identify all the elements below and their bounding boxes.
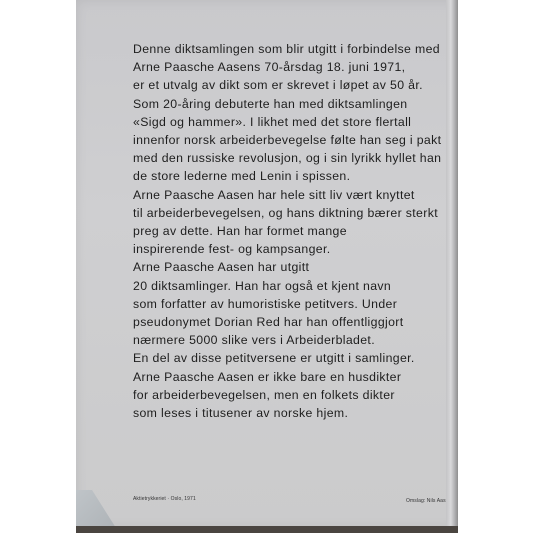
cover-credit: Omslag: Nils Aas <box>406 498 446 504</box>
text-line: Arne Paasche Aasen har hele sitt liv vær… <box>133 186 453 204</box>
printer-imprint: Aktietrykkeriet · Oslo, 1971 <box>133 496 196 502</box>
blurb-text: Denne diktsamlingen som blir utgitt i fo… <box>133 40 453 422</box>
text-line: pseudonymet Dorian Red har han offentlig… <box>133 313 453 331</box>
text-line: preg av dette. Han har formet mange <box>133 222 453 240</box>
text-line: Som 20-åring debuterte han med diktsamli… <box>133 95 453 113</box>
text-line: «Sigd og hammer». I likhet med det store… <box>133 113 453 131</box>
text-line: Denne diktsamlingen som blir utgitt i fo… <box>133 40 453 58</box>
text-line: de store lederne med Lenin i spissen. <box>133 167 453 185</box>
page-bottom-edge <box>76 526 458 533</box>
text-line: som forfatter av humoristiske petitvers.… <box>133 295 453 313</box>
text-line: 20 diktsamlinger. Han har også et kjent … <box>133 277 453 295</box>
text-line: nærmere 5000 slike vers i Arbeiderbladet… <box>133 331 453 349</box>
text-line: Arne Paasche Aasen har utgitt <box>133 258 453 276</box>
torn-corner <box>76 490 116 528</box>
text-line: inspirerende fest- og kampsanger. <box>133 240 453 258</box>
text-line: med den russiske revolusjon, og i sin ly… <box>133 149 453 167</box>
text-line: for arbeiderbevegelsen, men en folkets d… <box>133 386 453 404</box>
text-line: innenfor norsk arbeiderbevegelse følte h… <box>133 131 453 149</box>
text-line: er et utvalg av dikt som er skrevet i lø… <box>133 76 453 94</box>
text-line: til arbeiderbevegelsen, og hans diktning… <box>133 204 453 222</box>
text-line: som leses i titusener av norske hjem. <box>133 404 453 422</box>
text-line: Arne Paasche Aasen er ikke bare en husdi… <box>133 368 453 386</box>
text-line: En del av disse petitversene er utgitt i… <box>133 349 453 367</box>
text-line: Arne Paasche Aasens 70-årsdag 18. juni 1… <box>133 58 453 76</box>
